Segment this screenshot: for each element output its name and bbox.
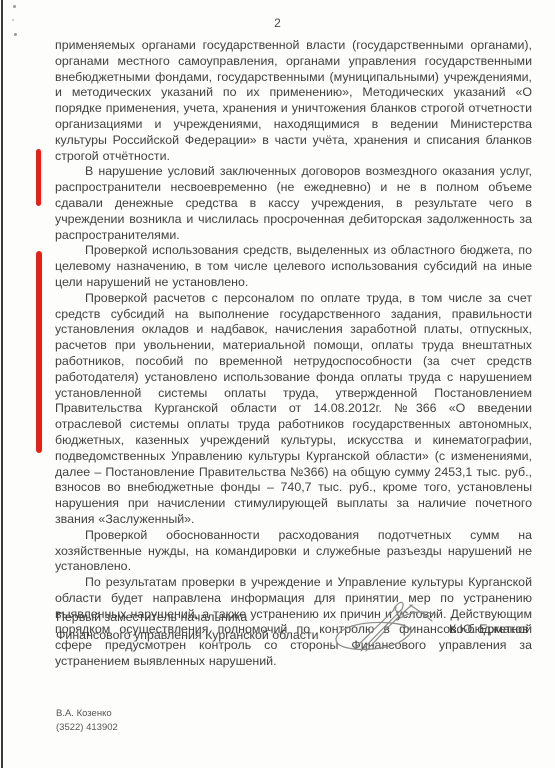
signatory-name: К.Ю. Ермаков bbox=[449, 622, 529, 636]
document-paragraph: Проверкой обоснованности расходования по… bbox=[55, 528, 532, 575]
document-paragraph: применяемых органами государственной вла… bbox=[55, 38, 532, 164]
executor-block: В.А. Козенко (3522) 413902 bbox=[56, 707, 118, 734]
red-margin-mark-1 bbox=[36, 149, 41, 206]
signatory-title: Первый заместитель начальника Финансовог… bbox=[56, 609, 319, 644]
page-number: 2 bbox=[0, 16, 555, 30]
red-margin-mark-2 bbox=[36, 251, 42, 453]
document-body: применяемых органами государственной вла… bbox=[55, 38, 532, 670]
handwritten-signature bbox=[330, 598, 452, 656]
signatory-title-line1: Первый заместитель начальника bbox=[56, 609, 319, 627]
scan-speck bbox=[13, 5, 16, 8]
scan-edge-line bbox=[1, 0, 3, 768]
executor-name: В.А. Козенко bbox=[56, 707, 118, 721]
document-paragraph: В нарушение условий заключенных договоро… bbox=[55, 164, 532, 243]
document-paragraph: Проверкой использования средств, выделен… bbox=[55, 243, 532, 290]
signatory-title-line2: Финансового управления Курганской област… bbox=[56, 627, 319, 645]
scanned-document-page: { "page": { "number": "2" }, "document":… bbox=[0, 0, 555, 768]
document-paragraph: Проверкой расчетов с персоналом по оплат… bbox=[55, 291, 532, 528]
scan-speck bbox=[14, 33, 17, 36]
executor-phone: (3522) 413902 bbox=[56, 721, 118, 735]
